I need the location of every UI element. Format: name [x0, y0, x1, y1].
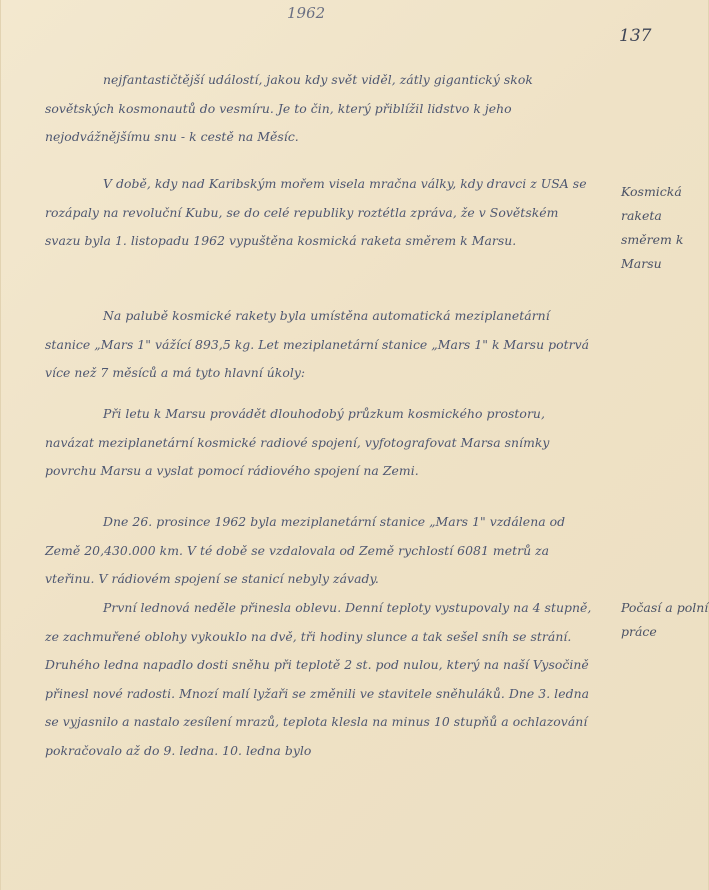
paragraph-continuation: nejfantastičtější událostí, jakou kdy sv…	[45, 66, 593, 152]
page-number: 137	[619, 26, 651, 46]
paragraph-text: V době, kdy nad Karibským mořem visela m…	[45, 176, 587, 248]
paragraph-distance-report: Dne 26. prosince 1962 byla meziplanetárn…	[45, 508, 593, 594]
margin-note-weather: Počasí a polní práce	[621, 596, 709, 644]
paragraph-text: Na palubě kosmické rakety byla umístěna …	[45, 308, 589, 380]
paragraph-text: Dne 26. prosince 1962 byla meziplanetárn…	[45, 514, 565, 586]
paragraph-mission-tasks: Při letu k Marsu provádět dlouhodobý prů…	[45, 400, 593, 486]
manuscript-page: 1962 137 nejfantastičtější událostí, jak…	[0, 0, 709, 890]
paragraph-text: nejfantastičtější událostí, jakou kdy sv…	[45, 72, 533, 144]
paragraph-mars-launch: V době, kdy nad Karibským mořem visela m…	[45, 170, 593, 256]
paragraph-text: První lednová neděle přinesla oblevu. De…	[45, 600, 591, 758]
paragraph-text: Při letu k Marsu provádět dlouhodobý prů…	[45, 406, 549, 478]
paragraph-mars1-station: Na palubě kosmické rakety byla umístěna …	[45, 302, 593, 388]
paragraph-weather: První lednová neděle přinesla oblevu. De…	[45, 594, 593, 765]
margin-note-mars-rocket: Kosmická raketa směrem k Marsu	[621, 180, 709, 276]
year-header: 1962	[287, 4, 325, 22]
